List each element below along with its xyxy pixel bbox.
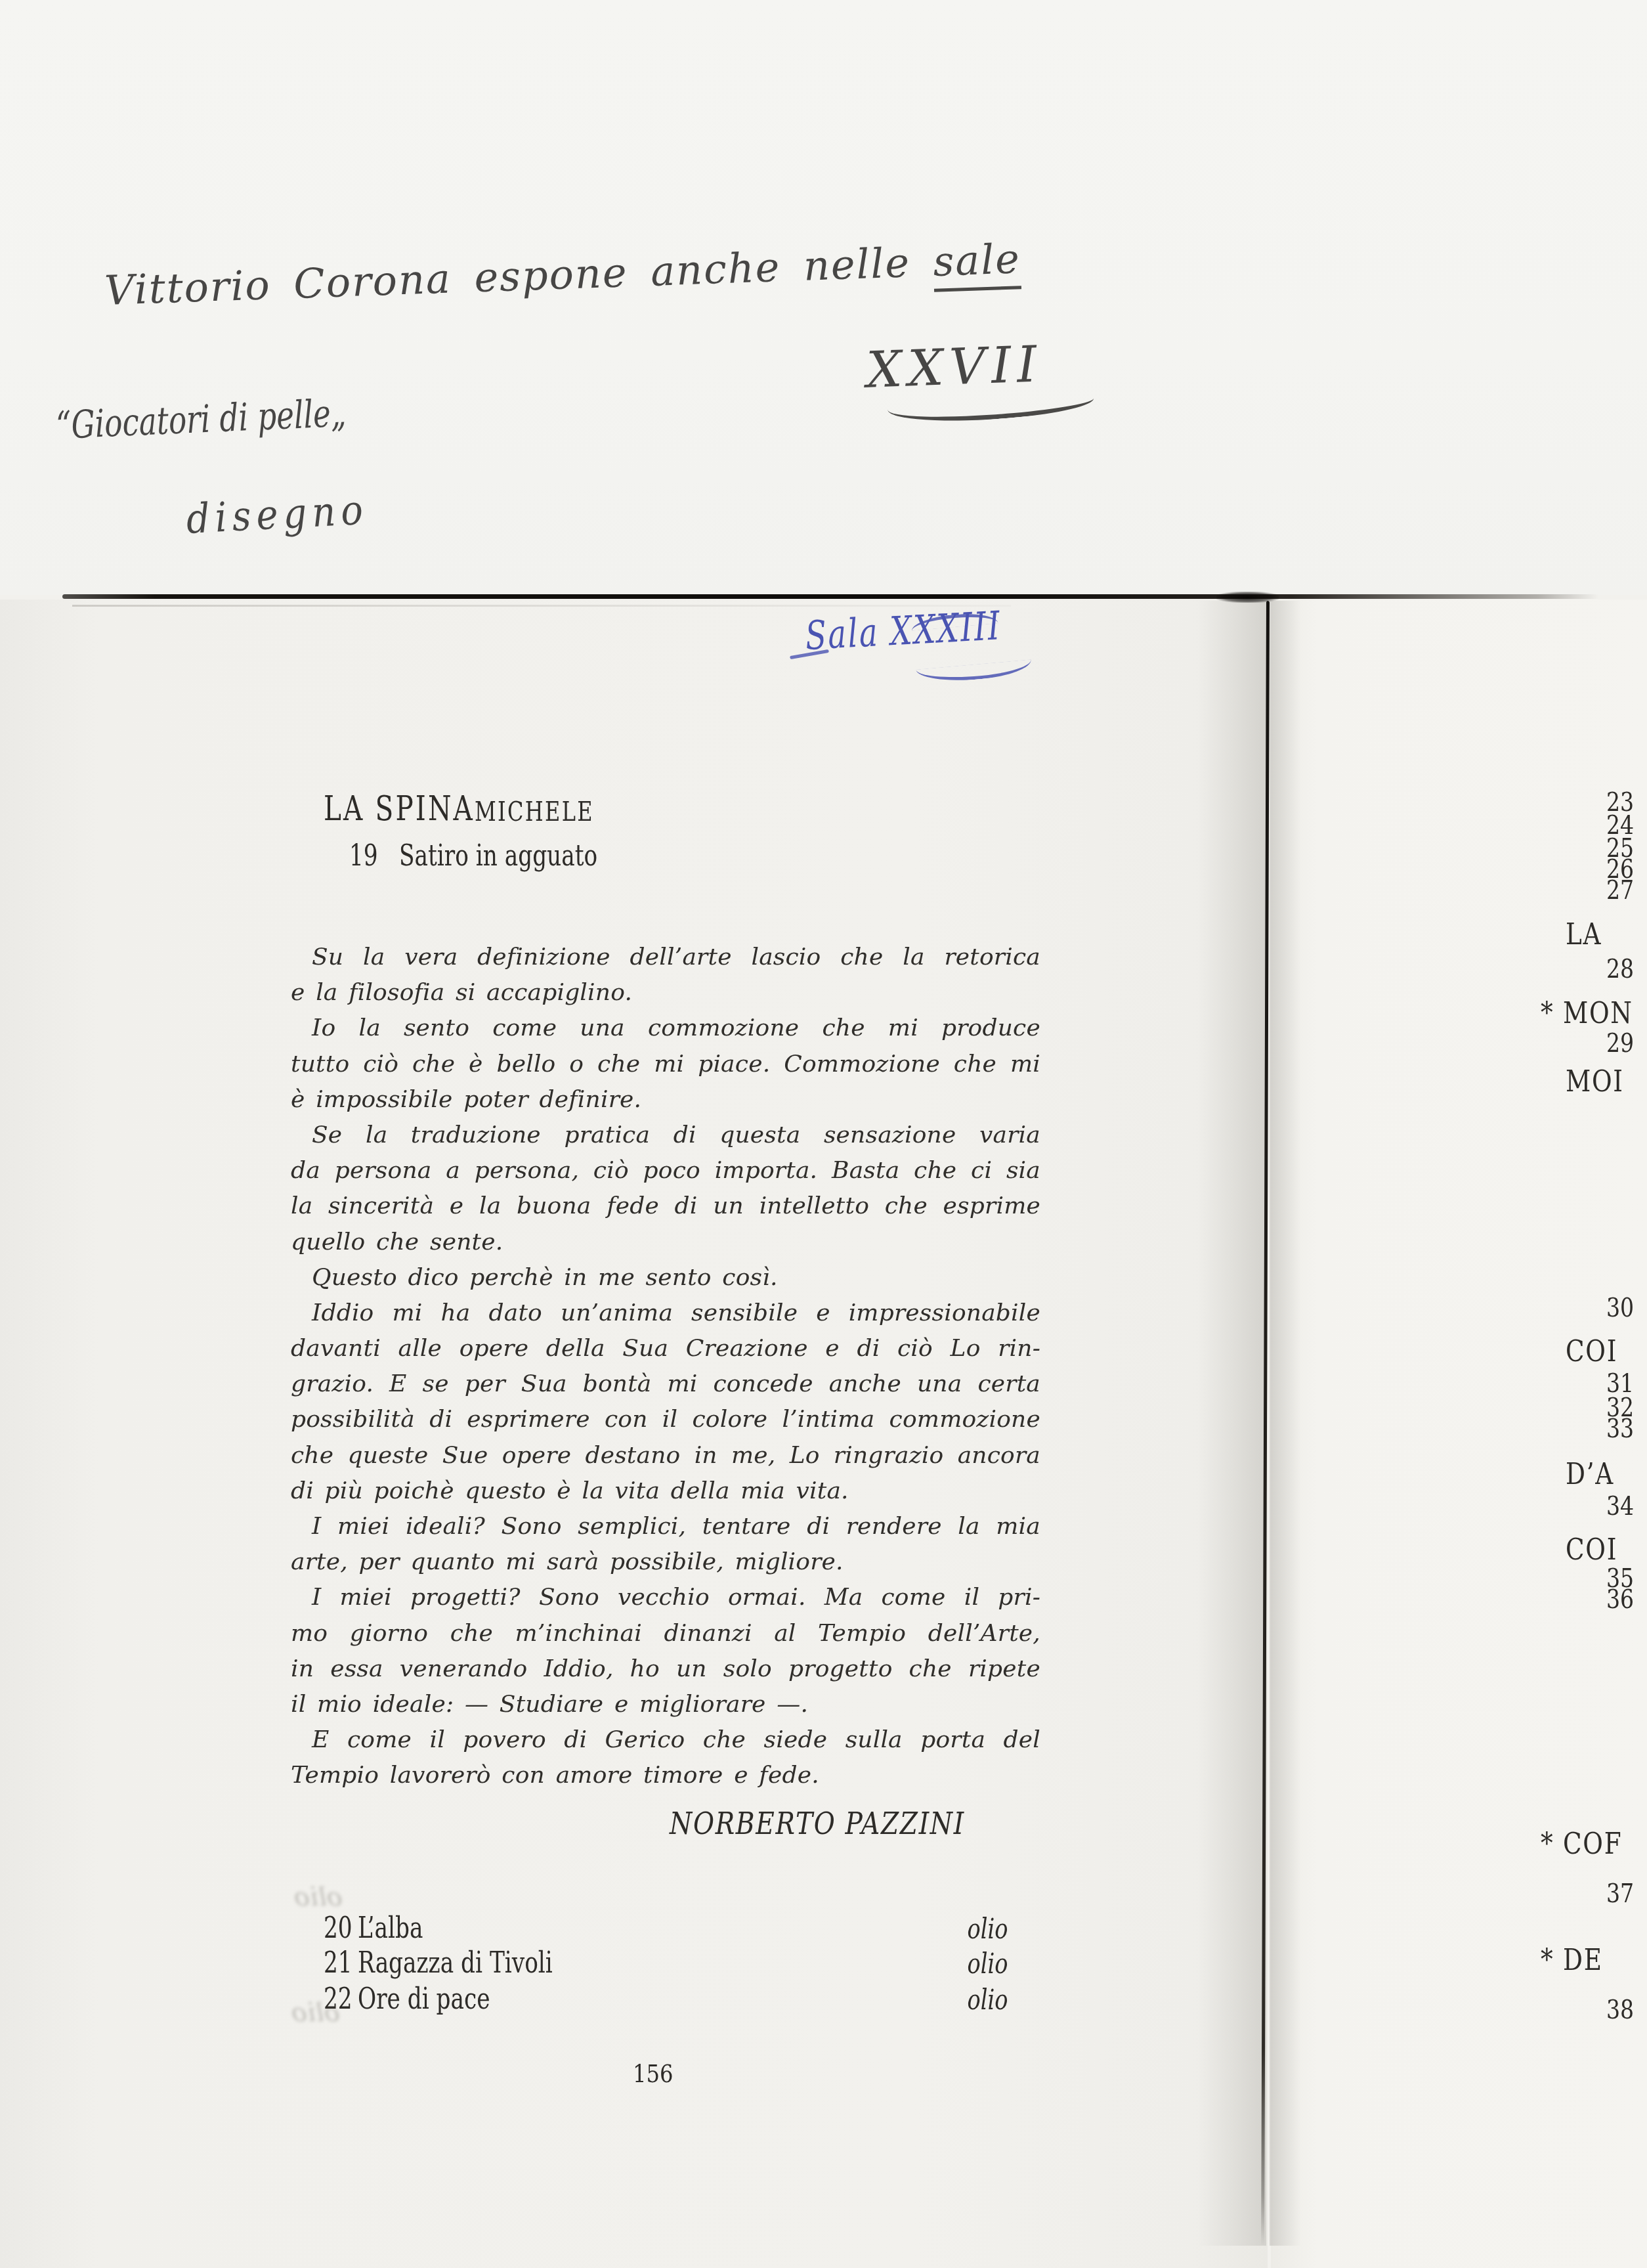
- right-page-entry-number: 29: [1606, 1029, 1639, 1058]
- statement-line: davanti alle opere della Sua Creazione e…: [291, 1331, 1040, 1366]
- spine-shadow-right: [1270, 601, 1301, 2246]
- statement-line: Iddio mi ha dato un’anima sensibile e im…: [291, 1296, 1040, 1331]
- right-page-heading-fragment: LA: [1566, 918, 1608, 951]
- work-medium: olio: [957, 1948, 1008, 1980]
- right-page-entry-number: 30: [1606, 1294, 1639, 1323]
- work-list-row: 22 Ore di pace olio: [291, 1982, 1008, 2017]
- right-page-heading-fragment: COI: [1566, 1533, 1627, 1567]
- work-number: 21: [324, 1946, 360, 1980]
- right-page-heading-fragment: MOI: [1566, 1065, 1635, 1099]
- right-page-heading-fragment: D’A: [1566, 1458, 1623, 1491]
- statement-line: la sincerità e la buona fede di un intel…: [291, 1189, 1040, 1224]
- show-through-ghost: olio: [294, 1882, 343, 1912]
- artist-statement: Su la vera definizione dell’arte lascio …: [291, 940, 1040, 1794]
- statement-line: che queste Sue opere destano in me, Lo r…: [291, 1438, 1040, 1473]
- statement-line: E come il povero di Gerico che siede sul…: [291, 1722, 1040, 1758]
- statement-line: possibilità di esprimere con il colore l…: [291, 1402, 1040, 1437]
- right-page-entry-number: 27: [1606, 876, 1639, 905]
- statement-line: tutto ciò che è bello o che mi piace. Co…: [291, 1047, 1040, 1082]
- statement-line: I miei ideali? Sono semplici, tentare di…: [291, 1509, 1040, 1544]
- statement-line: I miei progetti? Sono vecchio ormai. Ma …: [291, 1580, 1040, 1615]
- work-number: 20: [324, 1911, 360, 1945]
- show-through-ghost: olio: [291, 1997, 340, 2028]
- right-page-entry-number: 38: [1606, 1995, 1639, 2025]
- artist-first-name: MICHELE: [475, 796, 628, 827]
- right-page-entry-number: 34: [1606, 1492, 1639, 1521]
- work-list-row: 21 Ragazza di Tivoli olio: [291, 1946, 1008, 1980]
- statement-line: grazio. E se per Sua bontà mi concede an…: [291, 1366, 1040, 1402]
- work-title: Ore di pace: [358, 1982, 527, 2016]
- statement-line: mo giorno che m’inchinai dinanzi al Temp…: [291, 1616, 1040, 1651]
- right-page-heading-fragment: * MON: [1541, 997, 1647, 1030]
- scanned-book-page: Vittorio Corona espone anche nelle sale …: [0, 0, 1647, 2268]
- statement-line: Io la sento come una commozione che mi p…: [291, 1011, 1040, 1046]
- statement-line: Su la vera definizione dell’arte lascio …: [291, 940, 1040, 975]
- spine-shadow-left: [1198, 601, 1266, 2246]
- right-page-entry-number: 37: [1606, 1879, 1639, 1909]
- work-list-row: 20 L’alba olio: [291, 1911, 1008, 1946]
- statement-line: da persona a persona, ciò poco importa. …: [291, 1153, 1040, 1189]
- statement-line: Questo dico perchè in me sento così.: [291, 1260, 1040, 1296]
- statement-line: Se la traduzione pratica di questa sensa…: [291, 1118, 1040, 1153]
- right-page-entry-number: 28: [1606, 955, 1639, 984]
- next-artist-signature-heading: NORBERTO PAZZINI: [670, 1806, 1017, 1841]
- catalog-entry-title: Satiro in agguato: [399, 839, 653, 873]
- catalog-entry-number: 19: [349, 839, 386, 873]
- statement-line: in essa venerando Iddio, ho un solo prog…: [291, 1651, 1040, 1687]
- pencil-annotation-underlined-word: sale: [932, 234, 1021, 292]
- work-title: L’alba: [358, 1911, 441, 1945]
- right-page-surface: [1271, 600, 1647, 2268]
- right-page-entry-number: 33: [1606, 1414, 1639, 1444]
- right-page-entry-number: 36: [1606, 1585, 1639, 1615]
- work-medium: olio: [957, 1984, 1008, 2016]
- pencil-annotation-line3: disegno: [185, 485, 370, 542]
- page-number: 156: [624, 2059, 689, 2088]
- right-page-heading-fragment: COI: [1566, 1335, 1627, 1368]
- page-top-edge-echo: [72, 605, 1011, 607]
- work-medium: olio: [957, 1913, 1008, 1945]
- work-title: Ragazza di Tivoli: [358, 1946, 608, 1980]
- page-top-edge-line: [62, 594, 1598, 599]
- right-page-heading-fragment: * COF: [1541, 1827, 1636, 1861]
- right-page-heading-fragment: * DE: [1541, 1944, 1614, 1977]
